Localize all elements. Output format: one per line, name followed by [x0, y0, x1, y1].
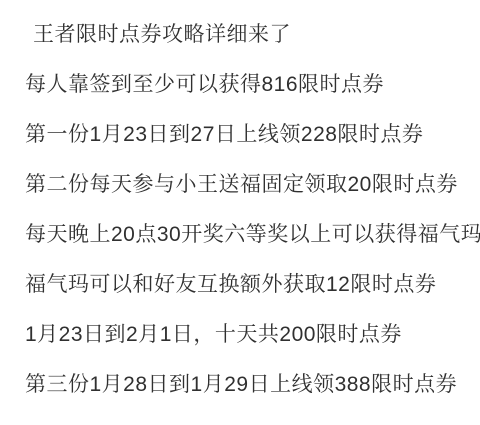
article-line: 第二份每天参与小王送福固定领取20限时点券 — [25, 160, 470, 210]
article-line: 每人靠签到至少可以获得816限时点券 — [25, 60, 470, 110]
article-line: 1月23日到2月1日，十天共200限时点券 — [25, 310, 470, 360]
article-line: 福气玛可以和好友互换额外获取12限时点券 — [25, 260, 470, 310]
article-line: 第一份1月23日到27日上线领228限时点券 — [25, 110, 470, 160]
article-body: 王者限时点券攻略详细来了 每人靠签到至少可以获得816限时点券 第一份1月23日… — [0, 0, 480, 410]
article-line: 每天晚上20点30开奖六等奖以上可以获得福气玛 — [25, 210, 470, 260]
article-title: 王者限时点券攻略详细来了 — [25, 10, 470, 60]
article-line: 第三份1月28日到1月29日上线领388限时点券 — [25, 360, 470, 410]
